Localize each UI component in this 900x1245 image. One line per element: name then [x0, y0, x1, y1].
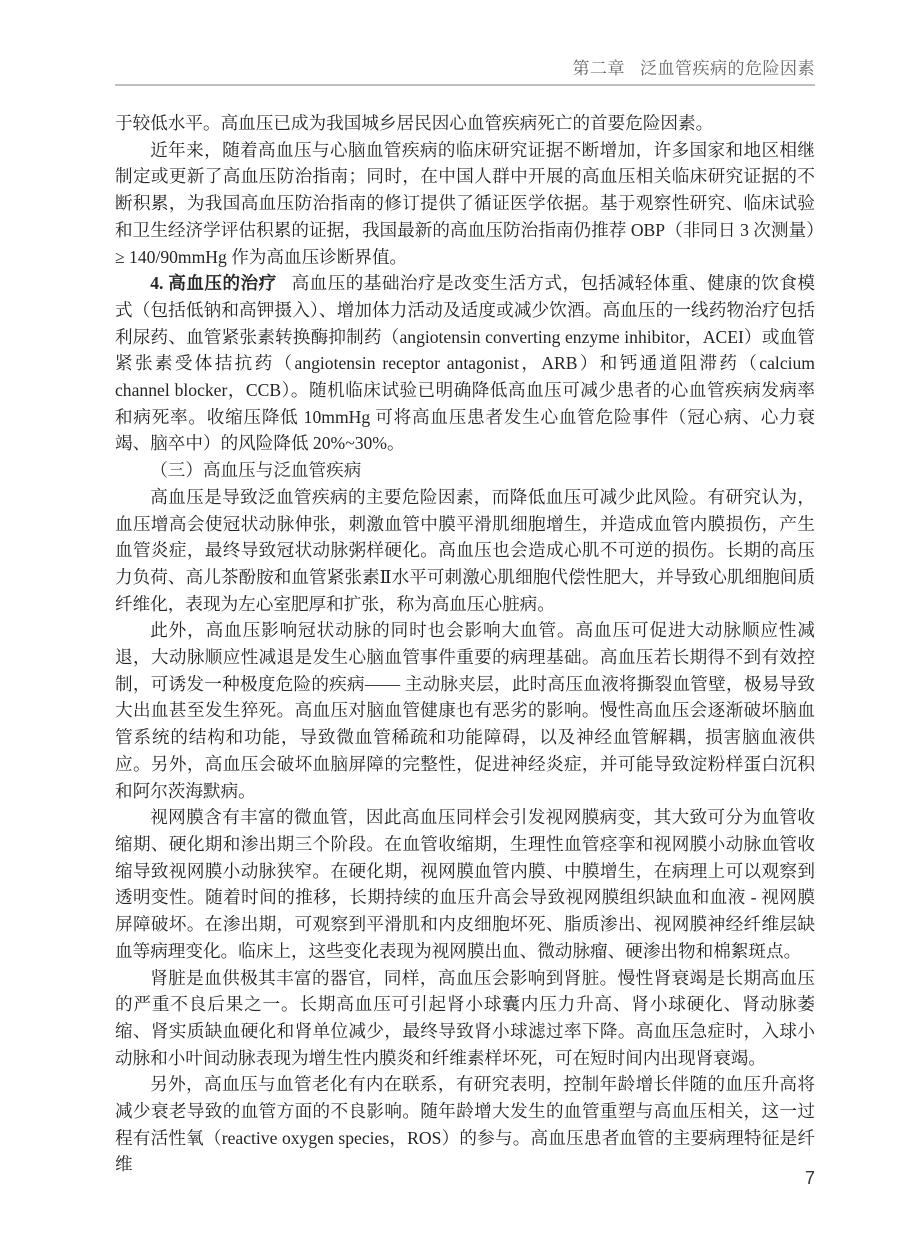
numbered-subheading: 4. 高血压的治疗 — [150, 273, 276, 293]
section-heading: （三）高血压与泛血管疾病 — [115, 457, 815, 484]
paragraph: 视网膜含有丰富的微血管，因此高血压同样会引发视网膜病变，其大致可分为血管收缩期、… — [115, 804, 815, 964]
header-divider — [115, 84, 815, 86]
running-header: 第二章泛血管疾病的危险因素 — [115, 54, 815, 79]
paragraph-continuation: 于较低水平。高血压已成为我国城乡居民因心血管疾病死亡的首要危险因素。 — [115, 110, 815, 137]
paragraph: 此外，高血压影响冠状动脉的同时也会影响大血管。高血压可促进大动脉顺应性减退，大动… — [115, 617, 815, 804]
chapter-label: 第二章 — [573, 59, 626, 78]
page-body: 于较低水平。高血压已成为我国城乡居民因心血管疾病死亡的首要危险因素。 近年来，随… — [115, 110, 815, 1178]
paragraph-with-lead: 4. 高血压的治疗高血压的基础治疗是改变生活方式，包括减轻体重、健康的饮食模式（… — [115, 270, 815, 457]
paragraph: 肾脏是血供极其丰富的器官，同样，高血压会影响到肾脏。慢性肾衰竭是长期高血压的严重… — [115, 965, 815, 1072]
page-number: 7 — [115, 1168, 815, 1189]
paragraph: 高血压是导致泛血管疾病的主要危险因素，而降低血压可减少此风险。有研究认为，血压增… — [115, 484, 815, 618]
paragraph: 近年来，随着高血压与心脑血管疾病的临床研究证据不断增加，许多国家和地区相继制定或… — [115, 137, 815, 271]
chapter-title: 泛血管疾病的危险因素 — [640, 59, 815, 78]
paragraph: 另外，高血压与血管老化有内在联系，有研究表明，控制年龄增长伴随的血压升高将减少衰… — [115, 1071, 815, 1178]
paragraph-text: 高血压的基础治疗是改变生活方式，包括减轻体重、健康的饮食模式（包括低钠和高钾摄入… — [115, 273, 815, 453]
